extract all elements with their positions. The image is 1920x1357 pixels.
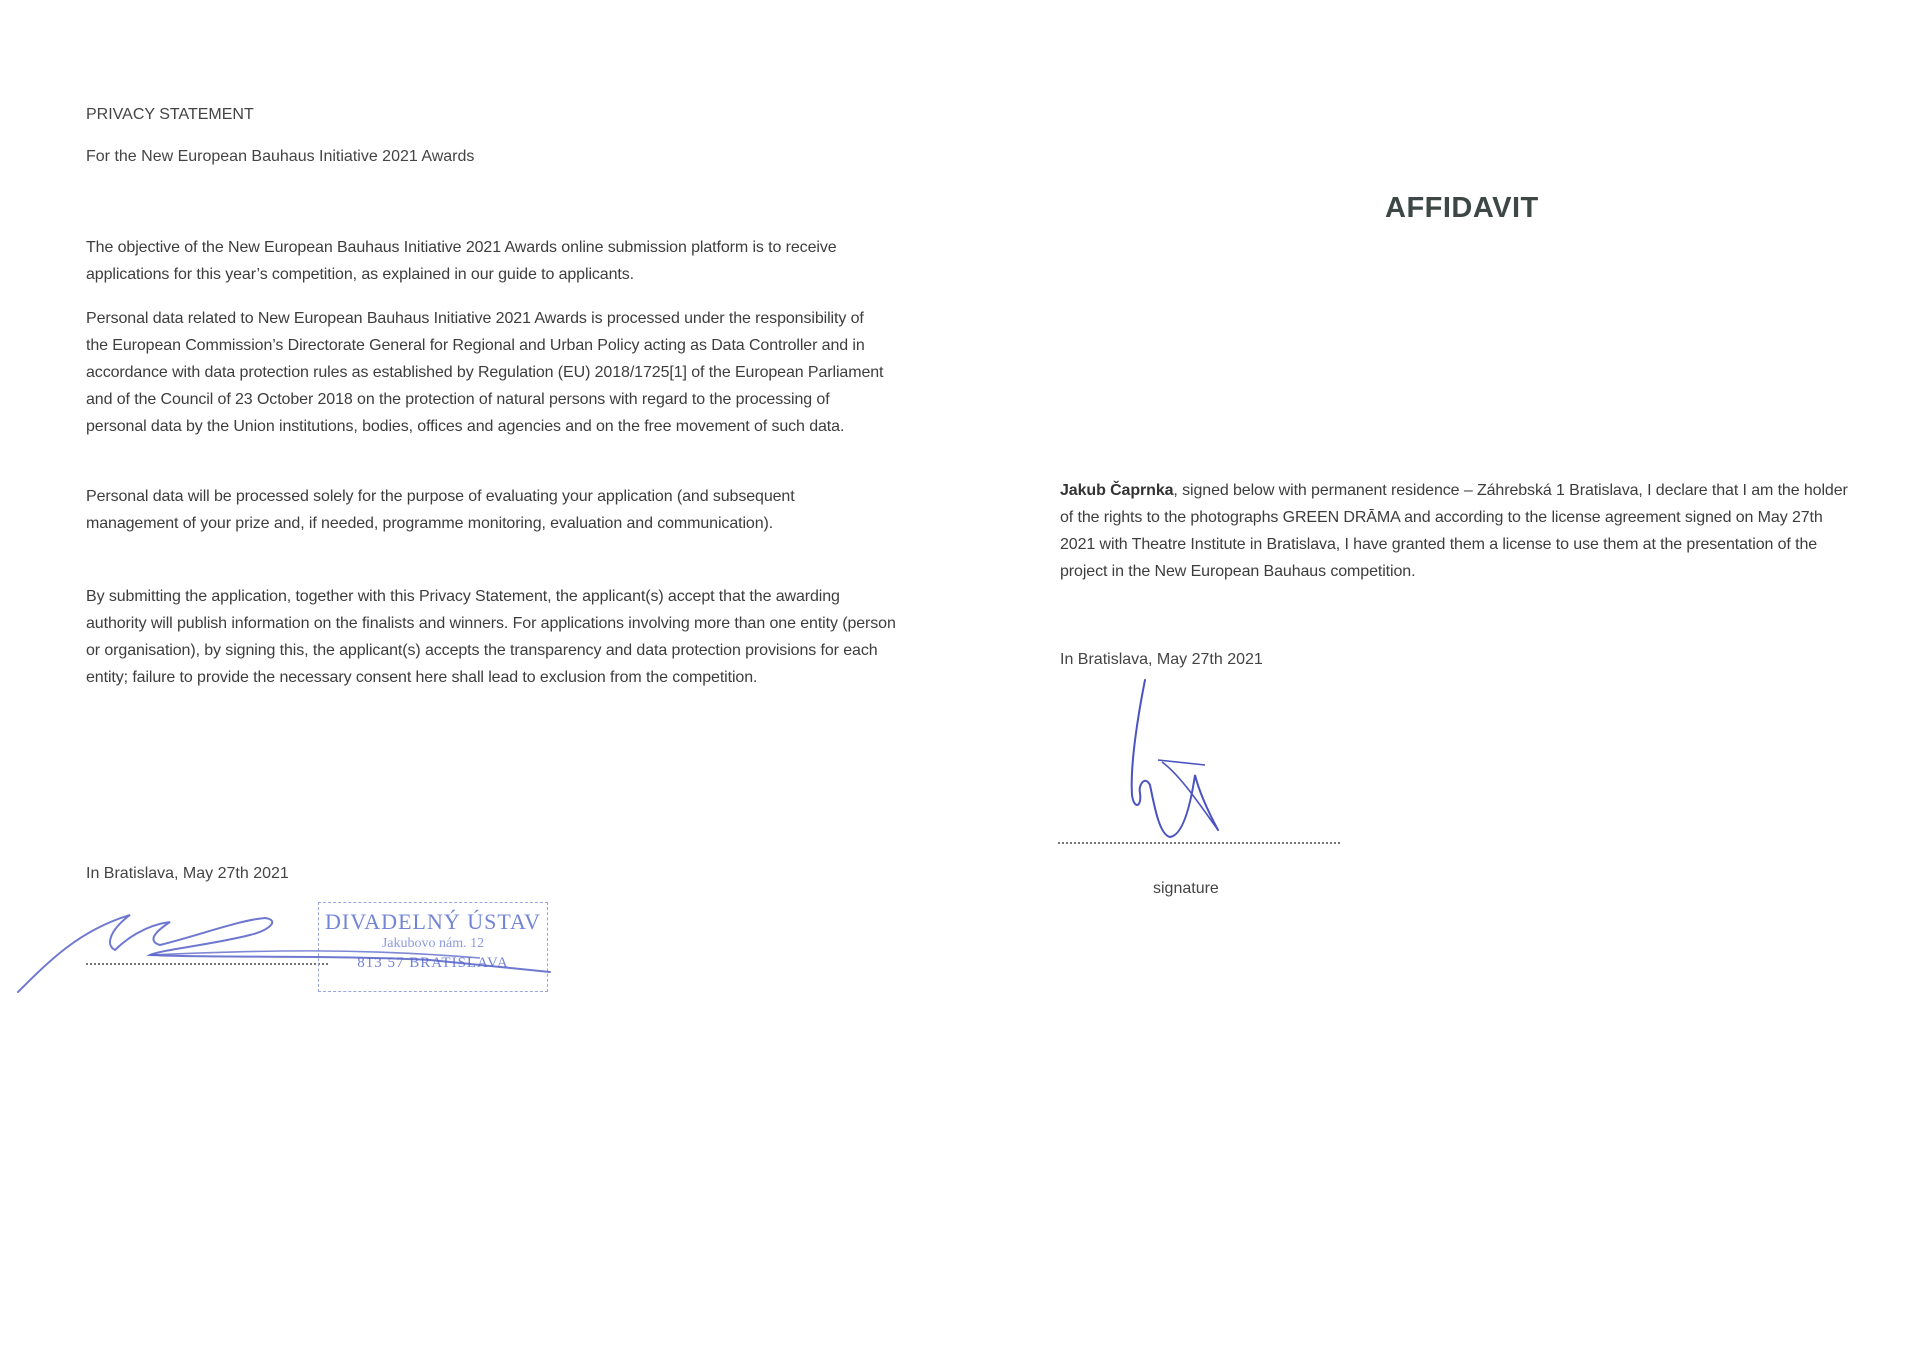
- signature-label: signature: [1153, 880, 1219, 898]
- affidavit-paragraph: Jakub Čaprnka, signed below with permane…: [1060, 477, 1860, 585]
- privacy-paragraph: Personal data related to New European Ba…: [86, 305, 886, 440]
- privacy-place-date: In Bratislava, May 27th 2021: [86, 865, 289, 883]
- handwritten-signature-left: [10, 900, 570, 1000]
- privacy-statement-title: PRIVACY STATEMENT: [86, 106, 254, 124]
- privacy-statement-subtitle: For the New European Bauhaus Initiative …: [86, 148, 474, 166]
- signer-name: Jakub Čaprnka: [1060, 482, 1173, 499]
- affidavit-title: AFFIDAVIT: [1385, 192, 1539, 225]
- handwritten-signature-right: [1100, 675, 1240, 845]
- privacy-paragraph: By submitting the application, together …: [86, 583, 896, 691]
- signature-line: [1058, 842, 1340, 844]
- privacy-paragraph: Personal data will be processed solely f…: [86, 483, 886, 537]
- affidavit-place-date: In Bratislava, May 27th 2021: [1060, 651, 1263, 669]
- affidavit-text: , signed below with permanent residence …: [1060, 482, 1848, 580]
- privacy-paragraph: The objective of the New European Bauhau…: [86, 234, 886, 288]
